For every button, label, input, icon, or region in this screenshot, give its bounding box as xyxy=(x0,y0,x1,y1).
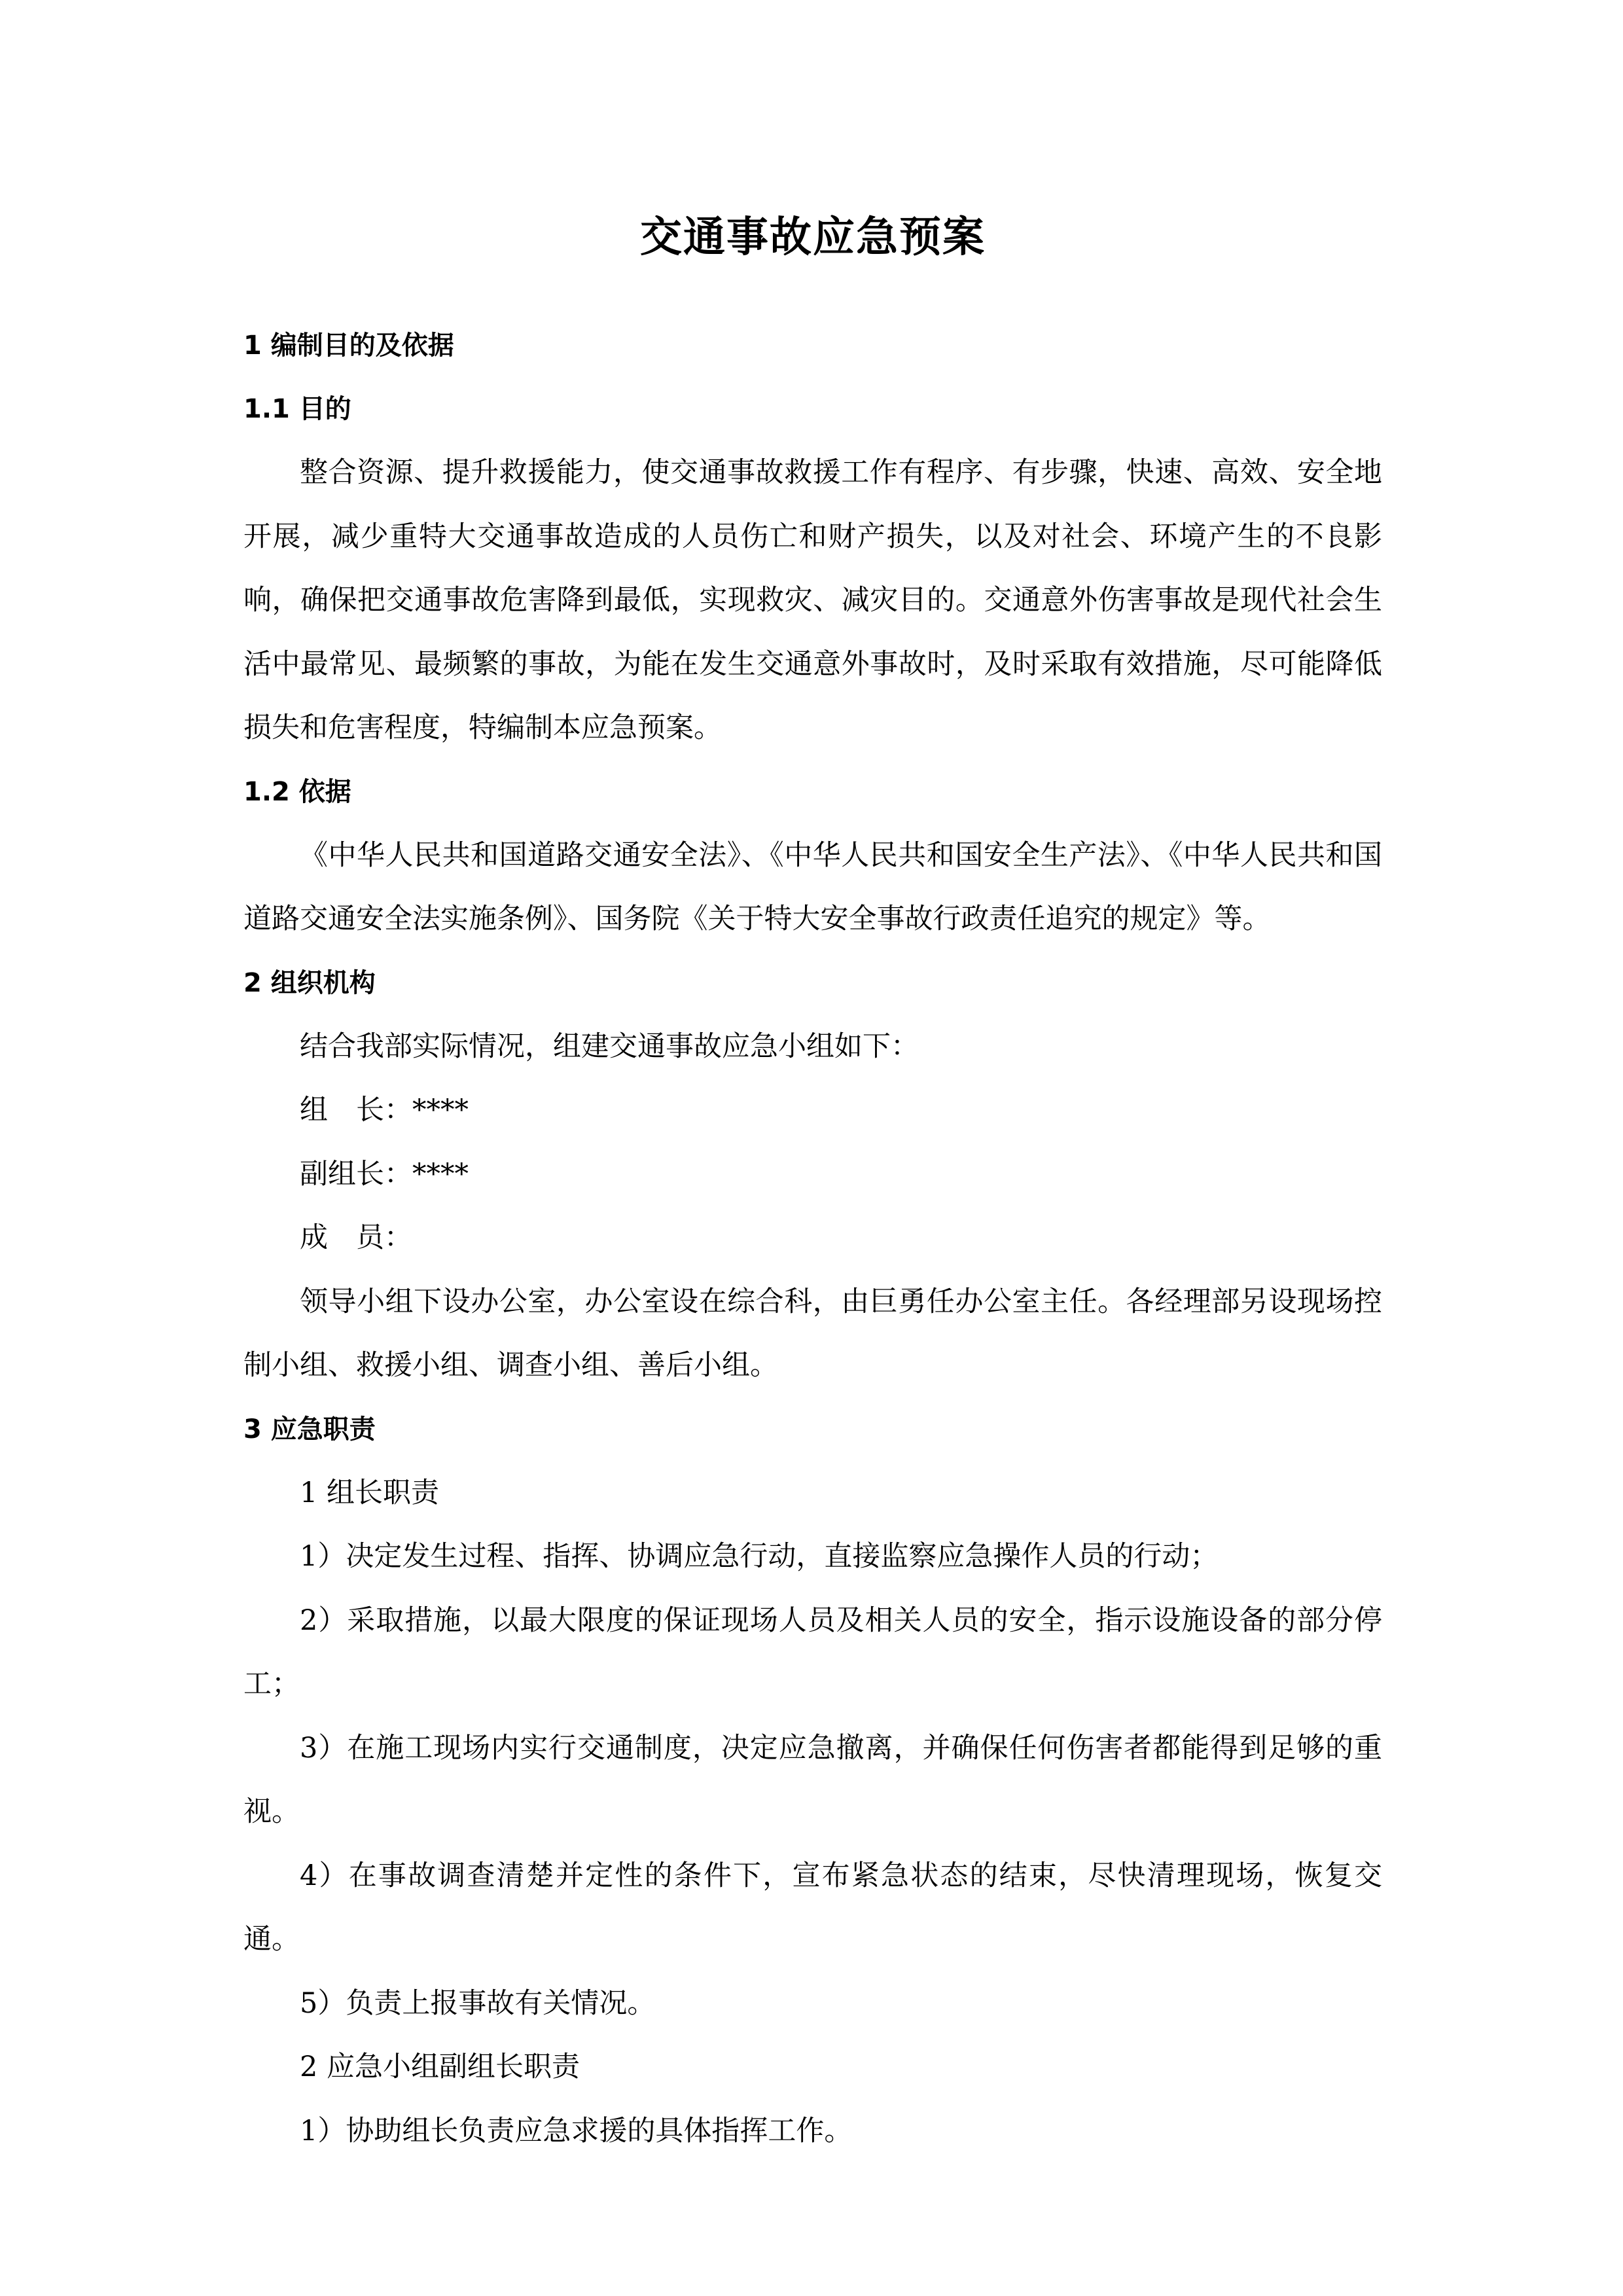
section-heading-purpose-basis: 1 编制目的及依据 xyxy=(243,314,1382,378)
members-line: 成 员： xyxy=(243,1206,1382,1270)
subheading-deputy-duties: 2 应急小组副组长职责 xyxy=(243,2036,1382,2100)
leader-duty-1: 1）决定发生过程、指挥、协调应急行动，直接监察应急操作人员的行动； xyxy=(243,1525,1382,1589)
team-leader-line: 组 长：**** xyxy=(243,1079,1382,1143)
paragraph-office-setup: 领导小组下设办公室，办公室设在综合科，由巨勇任办公室主任。各经理部另设现场控制小… xyxy=(243,1270,1382,1398)
leader-duty-5: 5）负责上报事故有关情况。 xyxy=(243,1972,1382,2036)
paragraph-purpose: 整合资源、提升救援能力，使交通事故救援工作有程序、有步骤，快速、高效、安全地开展… xyxy=(243,441,1382,761)
paragraph-organization-intro: 结合我部实际情况，组建交通事故应急小组如下： xyxy=(243,1015,1382,1079)
subheading-leader-duties: 1 组长职责 xyxy=(243,1462,1382,1526)
deputy-leader-line: 副组长：**** xyxy=(243,1143,1382,1207)
subsection-heading-basis: 1.2 依据 xyxy=(243,761,1382,824)
leader-duty-2: 2）采取措施，以最大限度的保证现场人员及相关人员的安全，指示设施设备的部分停工； xyxy=(243,1589,1382,1717)
paragraph-basis: 《中华人民共和国道路交通安全法》、《中华人民共和国安全生产法》、《中华人民共和国… xyxy=(243,824,1382,952)
subsection-heading-purpose: 1.1 目的 xyxy=(243,378,1382,441)
section-heading-responsibilities: 3 应急职责 xyxy=(243,1398,1382,1462)
deputy-duty-1: 1）协助组长负责应急求援的具体指挥工作。 xyxy=(243,2100,1382,2164)
document-body: 1 编制目的及依据 1.1 目的 整合资源、提升救援能力，使交通事故救援工作有程… xyxy=(243,314,1382,2163)
leader-duty-4: 4）在事故调查清楚并定性的条件下，宣布紧急状态的结束，尽快清理现场，恢复交通。 xyxy=(243,1844,1382,1972)
leader-duty-3: 3）在施工现场内实行交通制度，决定应急撤离，并确保任何伤害者都能得到足够的重视。 xyxy=(243,1717,1382,1844)
section-heading-organization: 2 组织机构 xyxy=(243,952,1382,1015)
document-title: 交通事故应急预案 xyxy=(243,208,1382,267)
